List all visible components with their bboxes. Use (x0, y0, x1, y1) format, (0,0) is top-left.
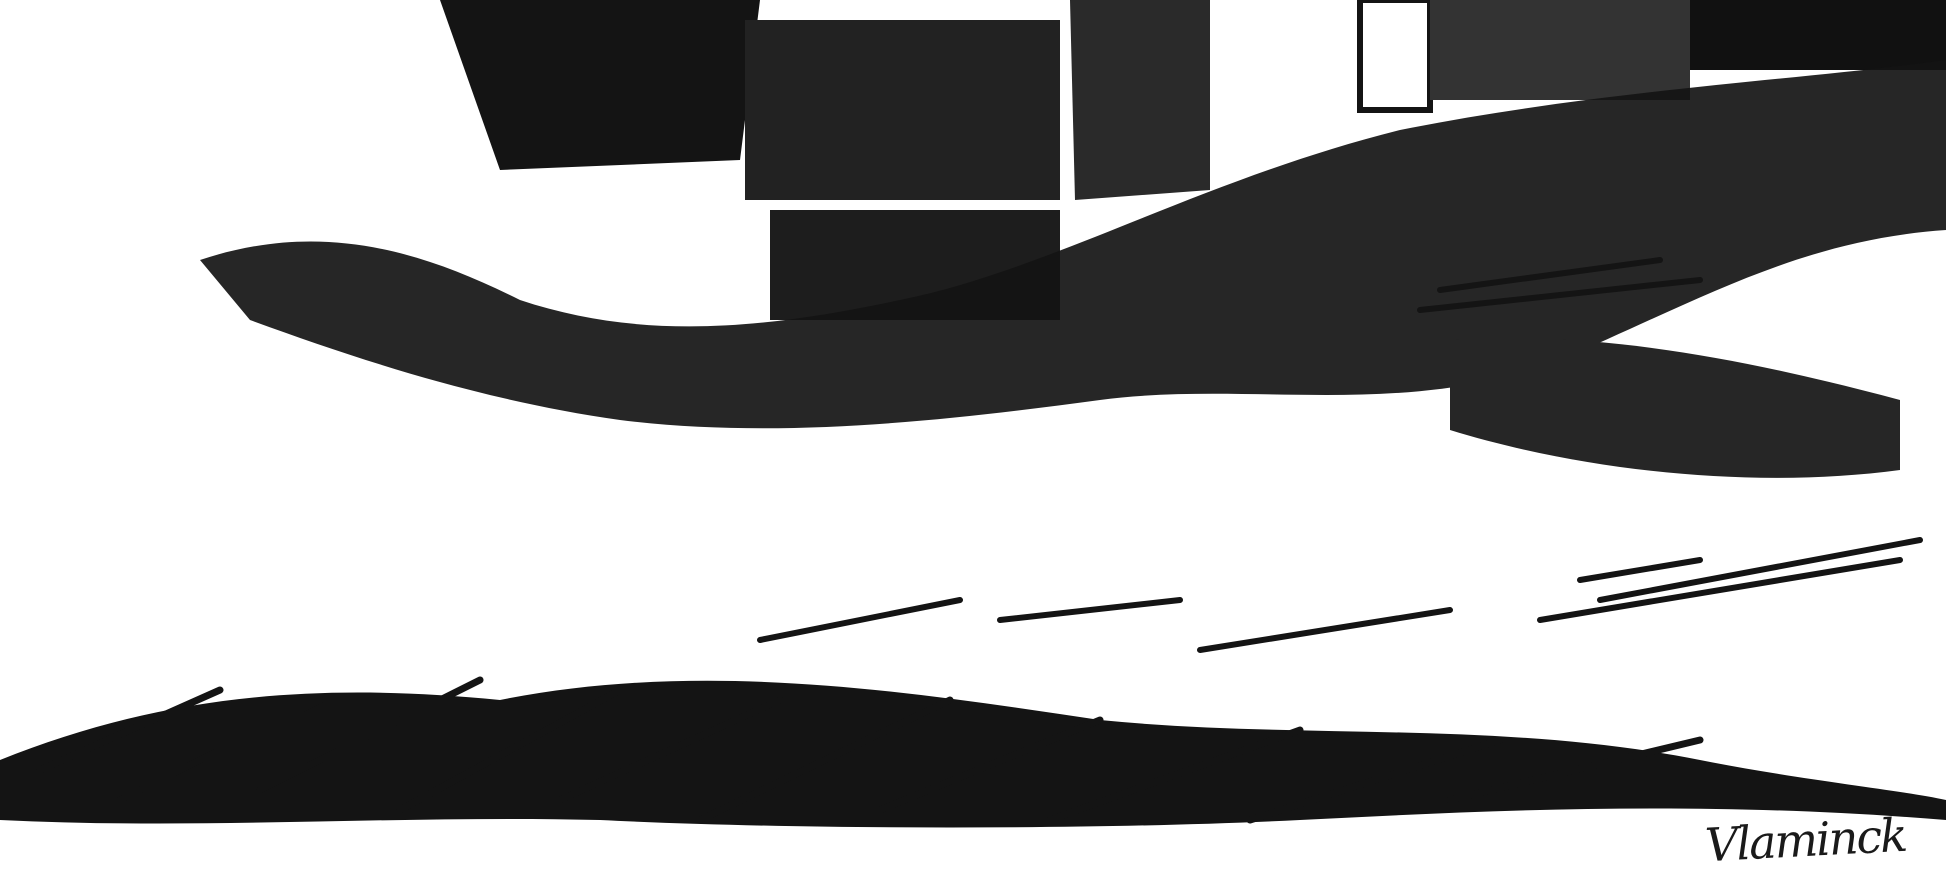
ink-landscape-drawing (0, 0, 1946, 883)
artist-signature: Vlaminck (1704, 808, 1908, 872)
